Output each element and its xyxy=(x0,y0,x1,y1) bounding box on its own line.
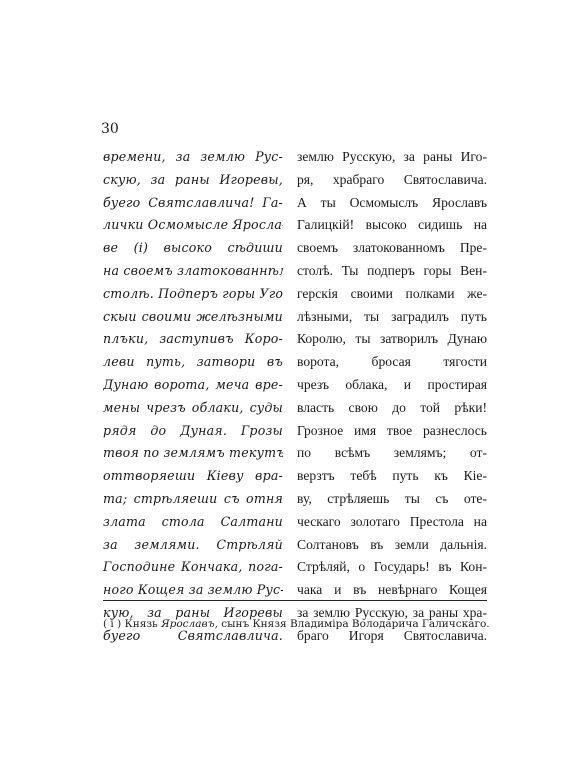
page-number: 30 xyxy=(101,121,119,137)
left-column: времени, за землю Рус- скую, за раны Иго… xyxy=(103,146,283,648)
text-line: своемъ златокованномъ Пре- xyxy=(297,237,487,260)
text-line: власть свою до той рѣки! xyxy=(297,397,487,420)
footnote-text: сынъ Князя Владиміра Володарича Галичска… xyxy=(221,618,489,630)
text-line: А ты Осмомыслъ Ярославъ xyxy=(297,192,487,215)
text-line: чака и въ невѣрнаго Кощея xyxy=(297,579,487,602)
text-line: Галицкій! высоко сидишь на xyxy=(297,214,487,237)
text-line: Стрѣляй, о Государь! въ Кон- xyxy=(297,556,487,579)
text-line: за землями. Стрѣляй xyxy=(103,534,283,557)
text-line: плъки, заступивъ Коро- xyxy=(103,328,283,351)
footnote-name: Ярославъ, xyxy=(161,618,218,630)
text-line: герскія своими полками же- xyxy=(297,283,487,306)
text-line: Королю, ты затворилъ Дунаю xyxy=(297,328,487,351)
text-line: Господине Кончака, пога- xyxy=(103,556,283,579)
text-line: мены чрезъ облаки, суды xyxy=(103,397,283,420)
text-line: ве (і) высоко сѣдиши xyxy=(103,237,283,260)
text-line: ного Кощея за землю Рус- xyxy=(103,579,283,602)
text-line: та; стрѣляеши съ отня xyxy=(103,488,283,511)
text-line: буего Святславлича! Га- xyxy=(103,192,283,215)
text-line: верзтъ тебѣ путь къ Кіе- xyxy=(297,465,487,488)
right-column: землю Русскую, за раны Иго- ря, храбраго… xyxy=(297,146,487,648)
text-line: по всѣмъ землямъ; от- xyxy=(297,442,487,465)
text-line: столѣ. Ты подперъ горы Вен- xyxy=(297,260,487,283)
text-line: на своемъ златокованнѣмъ xyxy=(103,260,283,283)
text-line: оттворяеши Кіеву вра- xyxy=(103,465,283,488)
text-line: времени, за землю Рус- xyxy=(103,146,283,169)
text-line: лички Осмомысле Яросла- xyxy=(103,214,283,237)
text-line: Солтановъ въ земли дальнія. xyxy=(297,534,487,557)
text-line: злата стола Салтани xyxy=(103,511,283,534)
text-line: твоя по землямъ текутъ; xyxy=(103,442,283,465)
text-line: лѣзными, ты заградилъ путь xyxy=(297,306,487,329)
footnote: ( і ) Князь Ярославъ, сынъ Князя Владимі… xyxy=(103,618,503,630)
text-line: ву, стрѣляешь ты съ оте- xyxy=(297,488,487,511)
text-line: ворота, бросая тягости xyxy=(297,351,487,374)
text-line: Грозное имя твое разнеслось xyxy=(297,420,487,443)
text-line: столѣ. Подперъ горы Угор- xyxy=(103,283,283,306)
text-line: рядя до Дуная. Грозы xyxy=(103,420,283,443)
text-line: Дунаю ворота, меча вре- xyxy=(103,374,283,397)
text-line: землю Русскую, за раны Иго- xyxy=(297,146,487,169)
footnote-marker: ( і ) xyxy=(103,618,121,630)
text-line: скую, за раны Игоревы, xyxy=(103,169,283,192)
footnote-divider xyxy=(103,600,487,601)
text-line: ческаго золотаго Престола на xyxy=(297,511,487,534)
text-line: леви путь, затвори въ xyxy=(103,351,283,374)
text-line: ря, храбраго Святославича. xyxy=(297,169,487,192)
footnote-text: Князь xyxy=(125,618,158,630)
text-line: скыи своими желѣзными xyxy=(103,306,283,329)
text-line: чрезъ облака, и простирая xyxy=(297,374,487,397)
